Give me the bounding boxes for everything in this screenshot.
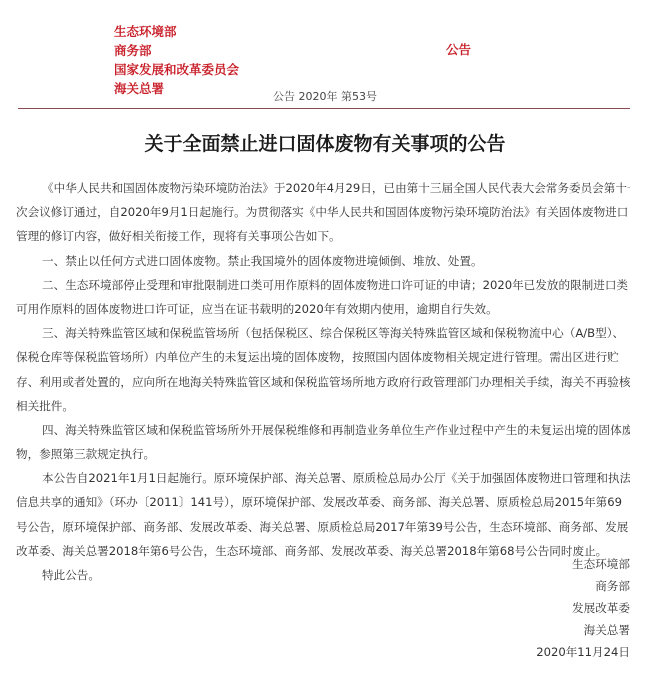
text-line: 可用作原料的固体废物进口许可证，应当在证书载明的2020年有效期内使用，逾期自行… [16,297,630,321]
paragraph-item-1: 一、禁止以任何方式进口固体废物。禁止我国境外的固体废物进境倾倒、堆放、处置。 [16,249,630,273]
signer-customs: 海关总署 [536,619,630,641]
paragraph-item-4: 四、海关特殊监管区域和保税监管场所外开展保税维修和再制造业务单位生产作业过程中产… [16,418,630,466]
issuer-ministry-ecology-environment: 生态环境部 [114,22,239,41]
signature-block: 生态环境部 商务部 发展改革委 海关总署 2020年11月24日 [536,553,630,663]
signer-ministry-commerce: 商务部 [536,575,630,597]
document-title: 关于全面禁止进口固体废物有关事项的公告 [0,132,650,156]
text-line: 二、生态环境部停止受理和审批限制进口类可用作原料的固体废物进口许可证的申请；20… [16,273,630,297]
text-line: 相关批件。 [16,394,630,418]
signer-ndrc: 发展改革委 [536,597,630,619]
document-number: 公告 2020年 第53号 [0,90,650,104]
signature-date: 2020年11月24日 [536,641,630,663]
document-type-label: 公告 [446,42,471,58]
text-line: 三、海关特殊监管区域和保税监管场所（包括保税区、综合保税区等海关特殊监管区域和保… [16,321,630,345]
text-line: 次会议修订通过，自2020年9月1日起施行。为贯彻落实《中华人民共和国固体废物污… [16,200,630,224]
header-divider [18,108,630,109]
document-body: 《中华人民共和国固体废物污染环境防治法》于2020年4月29日，已由第十三届全国… [16,176,630,587]
text-line: 四、海关特殊监管区域和保税监管场所外开展保税维修和再制造业务单位生产作业过程中产… [16,418,630,442]
text-line: 号公告，原环境保护部、商务部、发展改革委、海关总署、原质检总局2017年第39号… [16,515,630,539]
paragraph-effective-date: 本公告自2021年1月1日起施行。原环境保护部、海关总署、原质检总局办公厅《关于… [16,466,630,563]
paragraph-item-3: 三、海关特殊监管区域和保税监管场所（包括保税区、综合保税区等海关特殊监管区域和保… [16,321,630,418]
issuer-ndrc: 国家发展和改革委员会 [114,60,239,79]
paragraph-preamble: 《中华人民共和国固体废物污染环境防治法》于2020年4月29日，已由第十三届全国… [16,176,630,249]
text-line: 一、禁止以任何方式进口固体废物。禁止我国境外的固体废物进境倾倒、堆放、处置。 [16,249,630,273]
issuer-ministry-commerce: 商务部 [114,41,239,60]
text-line: 管理的修订内容，做好相关衔接工作，现将有关事项公告如下。 [16,224,630,248]
signer-ministry-ecology-environment: 生态环境部 [536,553,630,575]
text-line: 物，参照第三款规定执行。 [16,442,630,466]
text-line: 《中华人民共和国固体废物污染环境防治法》于2020年4月29日，已由第十三届全国… [16,176,630,200]
text-line: 存、利用或者处置的，应向所在地海关特殊监管区域和保税监管场所地方政府行政管理部门… [16,370,630,394]
text-line: 本公告自2021年1月1日起施行。原环境保护部、海关总署、原质检总局办公厅《关于… [16,466,630,490]
text-line: 保税仓库等保税监管场所）内单位产生的未复运出境的固体废物，按照国内固体废物相关规… [16,345,630,369]
issuing-agencies: 生态环境部 商务部 国家发展和改革委员会 海关总署 [114,22,239,98]
text-line: 信息共享的通知》（环办〔2011〕141号），原环境保护部、发展改革委、商务部、… [16,490,630,514]
paragraph-item-2: 二、生态环境部停止受理和审批限制进口类可用作原料的固体废物进口许可证的申请；20… [16,273,630,321]
